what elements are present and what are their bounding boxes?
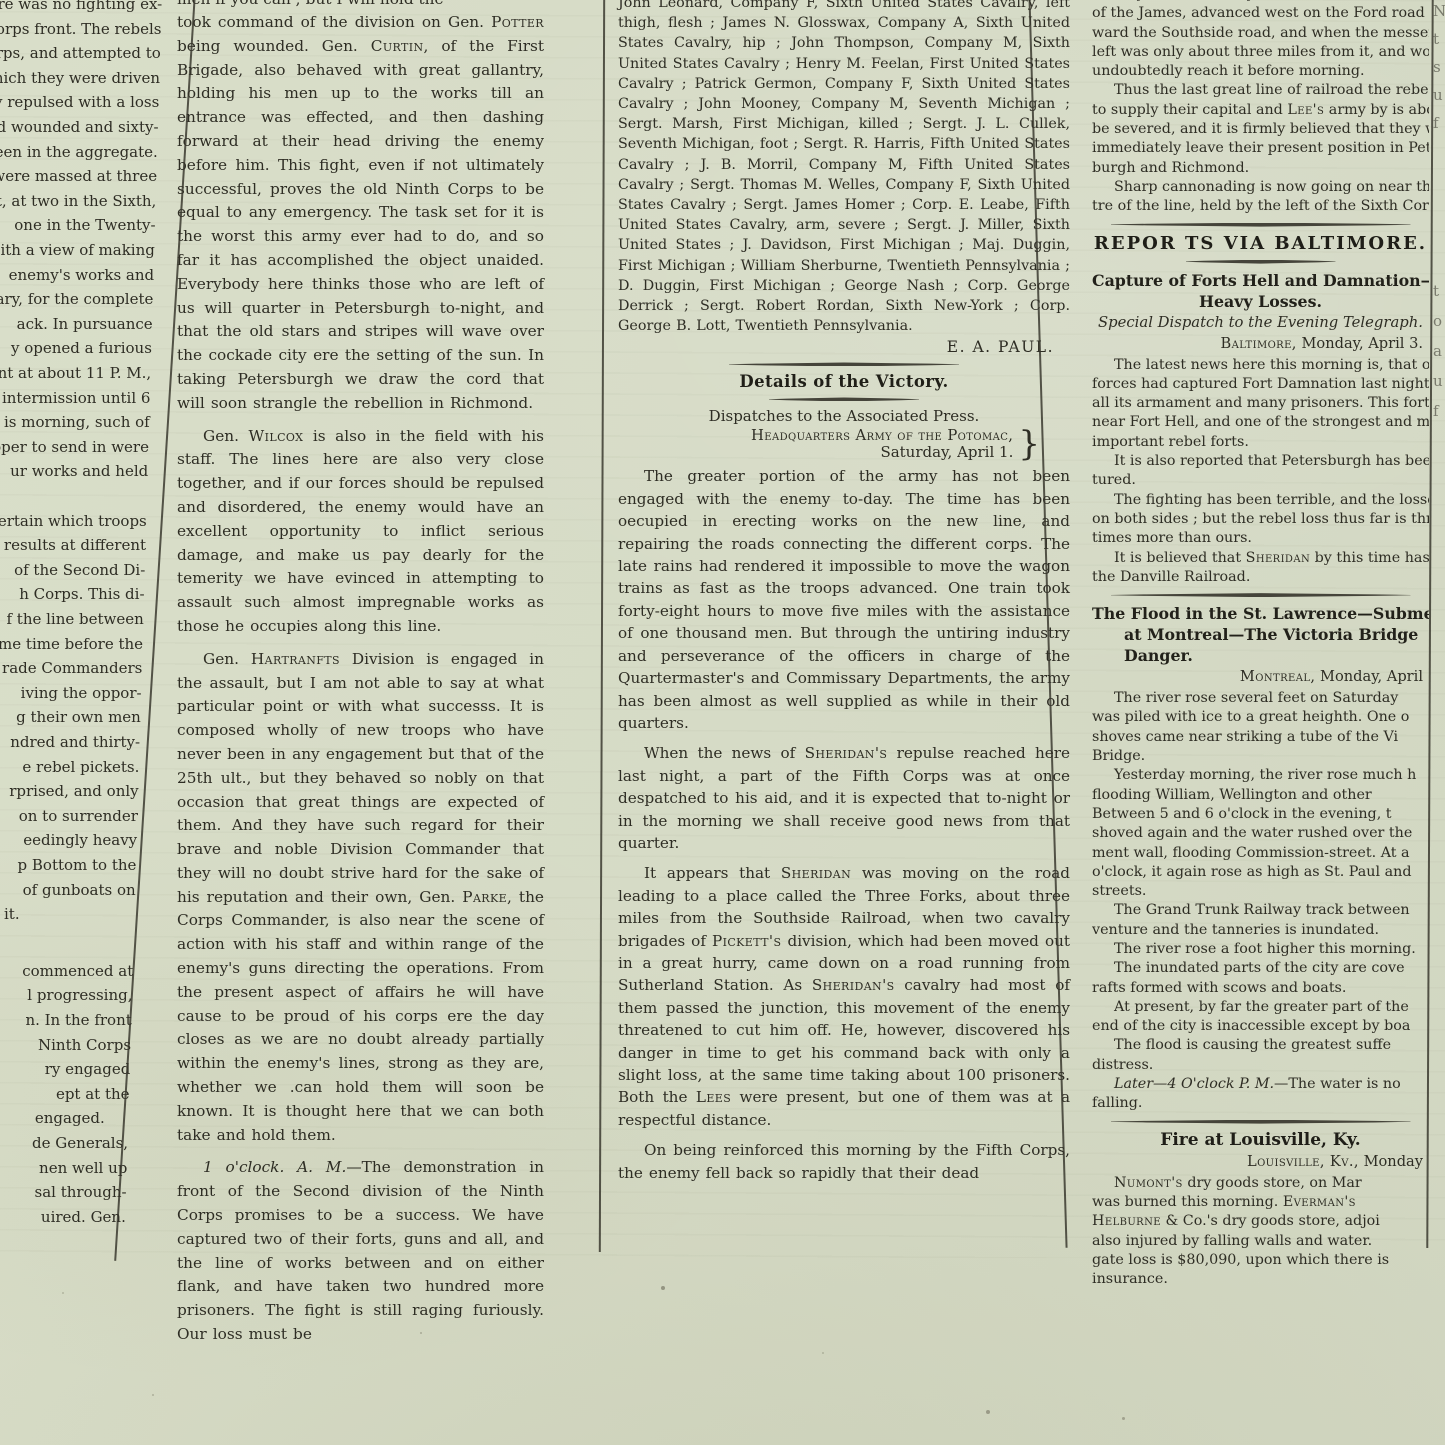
edge-line-fragment: corps, and attempted to (0, 41, 161, 65)
small-caps-name: Potter (491, 13, 544, 31)
small-caps-name: Headquarters Army of the Potomac, (751, 427, 1013, 444)
line-fragment: end of the city is inaccessible except b… (1092, 1017, 1429, 1036)
line-fragment: left was only about three miles from it,… (1092, 43, 1429, 62)
newspaper-page: there was no fighting ex-Corps front. Th… (0, 0, 1445, 1445)
small-caps-name: Montreal, (1240, 668, 1316, 685)
paper-speck (661, 1286, 665, 1290)
paper-speck (822, 1352, 824, 1354)
swelled-rule-divider (1111, 593, 1411, 597)
small-caps-name: Everman's (1283, 1194, 1356, 1210)
column-2: men if you can ; but I will hold thetook… (177, 0, 544, 1356)
edge-line-fragment: d wounded and sixty- (0, 115, 159, 139)
clipped-top-line: men if you can ; but I will hold the (177, 0, 544, 11)
edge-line-fragment: of the Second Di- (14, 558, 145, 582)
small-caps-name: Sheridan's (812, 976, 895, 994)
headquarters-date: Saturday, April 1. (751, 444, 1013, 461)
small-caps-name: Hartranfts (251, 650, 340, 668)
edge-line-fragment: ur works and held (10, 459, 148, 483)
headquarters-dateline: Headquarters Army of the Potomac,Saturda… (618, 427, 1070, 461)
edge-line-fragment: ept at the (56, 1082, 130, 1106)
edge-line-fragment: commenced at (22, 959, 133, 983)
edge-line-fragment: y opened a furious (11, 336, 152, 360)
paragraph: On being reinforced this morning by the … (618, 1139, 1070, 1184)
edge-line-fragment: ont at about 11 P. M., (0, 361, 151, 385)
line-fragment: The river rose several feet on Saturday (1092, 689, 1429, 708)
small-caps-name: Sheridan's (805, 744, 888, 762)
edge-line-fragment: ry engaged (45, 1057, 131, 1081)
edge-line-fragment: h Corps. This di- (19, 582, 144, 606)
line-fragment: rafts formed with scows and boats. (1092, 979, 1429, 998)
edge-line-fragment: of gunboats on (23, 878, 136, 902)
line-fragment: cavalry from the Army (1092, 0, 1429, 4)
paper-speck (62, 1292, 64, 1294)
agency-credit-line: Dispatches to the Associated Press. (618, 407, 1070, 425)
edge-letter-fragment: u (1433, 86, 1443, 104)
line-fragment: undoubtedly reach it before morning. (1092, 62, 1429, 81)
line-fragment: The inundated parts of the city are cove (1092, 959, 1429, 978)
headline-fire-at-louisville: Fire at Louisville, Ky. (1092, 1130, 1429, 1150)
column-4: cavalry from the Armyof the James, advan… (1092, 0, 1429, 1289)
edge-line-fragment: p Bottom to the (18, 853, 137, 877)
line-fragment: forces had captured Fort Damnation last … (1092, 375, 1429, 394)
edge-line-fragment: one in the Twenty- (14, 213, 155, 237)
line-fragment: shoves came near striking a tube of the … (1092, 728, 1429, 747)
italic-phrase: 1 o'clock. A. M. (203, 1158, 346, 1176)
edge-line-fragment: is morning, such of (4, 410, 150, 434)
line-fragment: tured. (1092, 471, 1429, 490)
line-fragment: The Flood in the St. Lawrence—Submers (1092, 603, 1429, 624)
edge-line-fragment: rade Commanders (2, 656, 142, 680)
edge-line-fragment: f the line between (6, 607, 143, 631)
edge-line-fragment: ith a view of making (0, 238, 154, 262)
edge-line-fragment: rprised, and only (9, 779, 138, 803)
line-fragment: was piled with ice to a great heighth. O… (1092, 708, 1429, 727)
line-fragment: The latest news here this morning is, th… (1092, 356, 1429, 375)
dateline: Baltimore, Monday, April 3. (1092, 334, 1429, 353)
line-fragment: tre of the line, held by the left of the… (1092, 197, 1429, 216)
line-fragment: the Danville Railroad. (1092, 568, 1429, 587)
edge-letter-fragment: u (1433, 372, 1443, 390)
edge-letter-fragment: t (1433, 282, 1439, 300)
paragraph: Gen. Hartranfts Division is engaged in t… (177, 648, 544, 1148)
paragraph: It appears that Sheridan was moving on t… (618, 862, 1070, 1131)
edge-line-fragment: ertain which troops (0, 509, 147, 533)
line-fragment: to supply their capital and Lee's army b… (1092, 101, 1429, 120)
paragraph: 1 o'clock. A. M.—The demonstration in fr… (177, 1156, 544, 1346)
small-caps-name: Numont's (1114, 1175, 1183, 1191)
edge-line-fragment: it. (4, 902, 20, 926)
line-fragment: Danger. (1092, 645, 1429, 666)
swelled-rule-divider (1111, 223, 1411, 227)
edge-line-fragment: fifteen in the aggregate. (0, 140, 158, 164)
edge-letter-fragment: f (1433, 402, 1439, 420)
edge-line-fragment: ack. In pursuance (17, 312, 153, 336)
dateline: Montreal, Monday, April (1092, 667, 1429, 686)
edge-line-fragment: de Generals, (32, 1131, 128, 1155)
line-fragment: It is believed that Sheridan by this tim… (1092, 549, 1429, 568)
edge-line-fragment: uired. Gen. (41, 1205, 126, 1229)
line-fragment: also injured by falling walls and water. (1092, 1232, 1429, 1251)
paragraph: The greater portion of the army has not … (618, 465, 1070, 734)
edge-line-fragment: ily repulsed with a loss (0, 90, 159, 114)
column-divider-rule (599, 0, 605, 1252)
small-caps-name: Wilcox (249, 427, 304, 445)
edge-line-fragment: t, at two in the Sixth, (0, 189, 156, 213)
edge-line-fragment: ndred and thirty- (10, 730, 140, 754)
line-fragment: on both sides ; but the rebel loss thus … (1092, 510, 1429, 529)
swelled-rule-divider (1186, 260, 1336, 264)
edge-line-fragment: g their own men (16, 705, 141, 729)
line-fragment: The river rose a foot higher this mornin… (1092, 940, 1429, 959)
headquarters-line: Headquarters Army of the Potomac, (751, 427, 1013, 444)
edge-line-fragment: e rebel pickets. (22, 755, 139, 779)
line-fragment: Yesterday morning, the river rose much h (1092, 766, 1429, 785)
edge-line-fragment: eedingly heavy (23, 828, 137, 852)
line-fragment: important rebel forts. (1092, 433, 1429, 452)
column-5-sliver: Ntsuftoauf (1433, 0, 1445, 1250)
edge-letter-fragment: s (1433, 58, 1441, 76)
line-fragment: flooding William, Wellington and other (1092, 786, 1429, 805)
edge-line-fragment: enemy's works and (9, 263, 155, 287)
line-fragment: Sharp cannonading is now going on near t… (1092, 178, 1429, 197)
edge-line-fragment: nen well up (39, 1156, 127, 1180)
line-fragment: gate loss is $80,090, upon which there i… (1092, 1251, 1429, 1270)
line-fragment: o'clock, it again rose as high as St. Pa… (1092, 863, 1429, 882)
small-caps-name: Baltimore, (1221, 335, 1297, 352)
edge-letter-fragment: N (1433, 2, 1445, 20)
line-fragment: At present, by far the greater part of t… (1092, 998, 1429, 1017)
line-fragment: ment wall, flooding Commission-street. A… (1092, 844, 1429, 863)
line-fragment: all its armament and many prisoners. Thi… (1092, 394, 1429, 413)
line-fragment: of the James, advanced west on the Ford … (1092, 4, 1429, 23)
paper-speck (1122, 1417, 1125, 1420)
correspondent-signature: E. A. PAUL. (618, 338, 1070, 356)
line-fragment: Between 5 and 6 o'clock in the evening, … (1092, 805, 1429, 824)
small-caps-name: Lees (696, 1088, 731, 1106)
line-fragment: was burned this morning. Everman's (1092, 1193, 1429, 1212)
small-caps-name: Helburne (1092, 1213, 1161, 1229)
small-caps-name: Curtin (371, 37, 424, 55)
paper-speck (152, 1394, 154, 1396)
swelled-rule-divider (769, 397, 919, 401)
italic-phrase: Later—4 O'clock P. M. (1114, 1076, 1274, 1092)
small-caps-name: Parke (462, 888, 507, 906)
headline-details-of-the-victory: Details of the Victory. (618, 372, 1070, 391)
line-fragment: be severed, and it is firmly believed th… (1092, 120, 1429, 139)
edge-letter-fragment: o (1433, 312, 1442, 330)
edge-letter-fragment: f (1433, 114, 1439, 132)
line-fragment: distress. (1092, 1056, 1429, 1075)
line-fragment: Heavy Losses. (1092, 291, 1429, 312)
brace-glyph: } (1018, 429, 1040, 459)
swelled-rule-divider (1111, 1120, 1411, 1124)
edge-line-fragment: there was no fighting ex- (0, 0, 162, 16)
small-caps-name: Lee's (1287, 102, 1324, 118)
edge-line-fragment: iving the oppor- (21, 681, 142, 705)
line-fragment: burgh and Richmond. (1092, 159, 1429, 178)
paragraph: took command of the division on Gen. Pot… (177, 11, 544, 416)
edge-line-fragment: sal through- (35, 1180, 127, 1204)
line-fragment: falling. (1092, 1094, 1429, 1113)
line-fragment: The Grand Trunk Railway track between (1092, 901, 1429, 920)
line-fragment: at Montreal—The Victoria Bridge (1092, 624, 1429, 645)
small-caps-name: Pickett's (712, 932, 781, 950)
edge-line-fragment: were massed at three (0, 164, 157, 188)
line-fragment: shoved again and the water rushed over t… (1092, 824, 1429, 843)
line-fragment: Numont's dry goods store, on Mar (1092, 1174, 1429, 1193)
headline-reports-via-baltimore: REPOR TS VIA BALTIMORE. (1092, 233, 1429, 254)
edge-line-fragment: Corps front. The rebels (0, 17, 162, 41)
edge-line-fragment: n. In the front (25, 1008, 131, 1032)
edge-line-fragment: engaged. (35, 1106, 105, 1130)
edge-letter-fragment: a (1433, 342, 1442, 360)
casualty-list: John Leonard, Company F, Sixth United St… (618, 0, 1070, 336)
line-fragment: ward the Southside road, and when the me… (1092, 24, 1429, 43)
paper-speck (420, 1332, 422, 1334)
column-3: John Leonard, Company F, Sixth United St… (618, 0, 1070, 1192)
line-fragment: The fighting has been terrible, and the … (1092, 491, 1429, 510)
line-fragment: venture and the tanneries is inundated. (1092, 921, 1429, 940)
line-fragment: times more than ours. (1092, 529, 1429, 548)
edge-line-fragment: hich they were driven (0, 66, 160, 90)
line-fragment: Capture of Forts Hell and Damnation— (1092, 270, 1429, 291)
edge-line-fragment: intermission until 6 (2, 386, 150, 410)
edge-letter-fragment: t (1433, 30, 1439, 48)
line-fragment: Thus the last great line of railroad the… (1092, 81, 1429, 100)
dateline: Louisville, Kv., Monday (1092, 1152, 1429, 1171)
line-fragment: streets. (1092, 882, 1429, 901)
line-fragment: The flood is causing the greatest suffe (1092, 1036, 1429, 1055)
line-fragment: Bridge. (1092, 747, 1429, 766)
edge-line-fragment: me time before the (0, 632, 143, 656)
small-caps-name: Sheridan (781, 864, 851, 882)
line-fragment: Later—4 O'clock P. M.—The water is no (1092, 1075, 1429, 1094)
edge-line-fragment: results at different (4, 533, 146, 557)
edge-line-fragment: l progressing, (27, 983, 132, 1007)
paragraph: When the news of Sheridan's repulse reac… (618, 742, 1070, 854)
headquarters-lines: Headquarters Army of the Potomac,Saturda… (751, 427, 1013, 461)
edge-line-fragment: oper to send in were (0, 435, 149, 459)
small-caps-name: Louisville, Kv., (1247, 1153, 1359, 1170)
paragraph: Gen. Wilcox is also in the field with hi… (177, 425, 544, 639)
line-fragment: immediately leave their present position… (1092, 139, 1429, 158)
paper-speck (986, 1410, 990, 1414)
line-fragment: insurance. (1092, 1270, 1429, 1289)
column-1: there was no fighting ex-Corps front. Th… (0, 0, 164, 1270)
swelled-rule-divider (729, 362, 959, 366)
line-fragment: Helburne & Co.'s dry goods store, adjoi (1092, 1212, 1429, 1231)
special-dispatch-credit: Special Dispatch to the Evening Telegrap… (1092, 313, 1429, 333)
edge-line-fragment: ary, for the complete (0, 287, 153, 311)
paper-speck (1300, 1262, 1302, 1264)
small-caps-name: Sheridan (1246, 550, 1310, 566)
line-fragment: It is also reported that Petersburgh has… (1092, 452, 1429, 471)
line-fragment: near Fort Hell, and one of the strongest… (1092, 413, 1429, 432)
edge-line-fragment: on to surrender (19, 804, 138, 828)
edge-line-fragment: Ninth Corps (38, 1033, 131, 1057)
